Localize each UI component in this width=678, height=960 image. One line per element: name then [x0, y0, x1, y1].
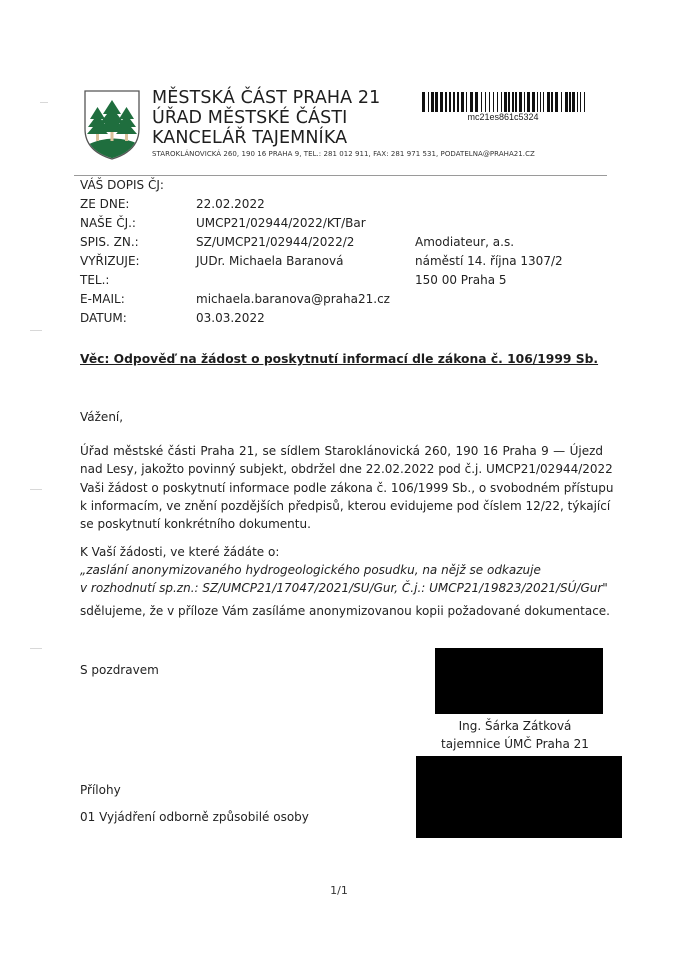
meta-value-email: michaela.baranova@praha21.cz	[196, 292, 390, 306]
office-name: ÚŘAD MĚSTSKÉ ČÁSTI	[152, 108, 347, 129]
organization-address: STAROKLÁNOVICKÁ 260, 190 16 PRAHA 9, TEL…	[152, 150, 535, 158]
recipient-city: 150 00 Praha 5	[415, 273, 507, 287]
closing: S pozdravem	[80, 663, 159, 677]
meta-label-handled-by: VYŘIZUJE:	[80, 254, 140, 268]
redacted-signature	[435, 648, 603, 714]
meta-value-our-ref: UMCP21/02944/2022/KT/Bar	[196, 216, 366, 230]
body-line: k informacím, ve znění pozdějších předpi…	[80, 497, 603, 515]
meta-label-your-ref: VÁŠ DOPIS ČJ:	[80, 178, 164, 192]
body-line: Úřad městské části Praha 21, se sídlem S…	[80, 442, 603, 460]
signatory-title: tajemnice ÚMČ Praha 21	[400, 737, 630, 751]
request-quote-line: v rozhodnutí sp.zn.: SZ/UMCP21/17047/202…	[80, 581, 608, 595]
organization-name: MĚSTSKÁ ČÁST PRAHA 21	[152, 88, 380, 109]
scan-mark	[30, 648, 42, 649]
meta-label-email: E-MAIL:	[80, 292, 125, 306]
body-paragraph: Úřad městské části Praha 21, se sídlem S…	[80, 442, 603, 533]
recipient-company: Amodiateur, a.s.	[415, 235, 514, 249]
meta-label-date: DATUM:	[80, 311, 127, 325]
meta-label-file-ref: SPIS. ZN.:	[80, 235, 139, 249]
meta-label-phone: TEL.:	[80, 273, 109, 287]
request-intro: K Vaší žádosti, ve které žádáte o:	[80, 545, 279, 559]
body-line: se poskytnutí konkrétního dokumentu.	[80, 515, 603, 533]
department-name: KANCELÁŘ TAJEMNÍKA	[152, 128, 347, 149]
attachments-title: Přílohy	[80, 783, 121, 797]
signatory-name: Ing. Šárka Zátková	[400, 719, 630, 733]
reply-text: sdělujeme, že v příloze Vám zasíláme ano…	[80, 604, 610, 618]
barcode-bar	[584, 92, 585, 112]
meta-value-handled-by: JUDr. Michaela Baranová	[196, 254, 343, 268]
body-line: Vaši žádost o poskytnutí informace podle…	[80, 479, 603, 497]
coat-of-arms-icon	[83, 89, 141, 161]
redacted-stamp	[416, 756, 622, 838]
body-line: nad Lesy, jakožto povinný subjekt, obdrž…	[80, 460, 603, 478]
scan-mark	[40, 102, 48, 103]
meta-value-date: 03.03.2022	[196, 311, 265, 325]
meta-value-date-of: 22.02.2022	[196, 197, 265, 211]
scan-mark	[30, 489, 42, 490]
attachment-item: 01 Vyjádření odborně způsobilé osoby	[80, 810, 309, 824]
barcode	[422, 92, 584, 112]
scan-mark	[30, 330, 42, 331]
page-number: 1/1	[300, 884, 378, 897]
barcode-number: mc21es861c5324	[422, 112, 584, 122]
letter-subject: Věc: Odpověď na žádost o poskytnutí info…	[80, 352, 598, 366]
recipient-street: náměstí 14. října 1307/2	[415, 254, 563, 268]
meta-value-file-ref: SZ/UMCP21/02944/2022/2	[196, 235, 354, 249]
meta-label-our-ref: NAŠE ČJ.:	[80, 216, 136, 230]
request-quote-line: „zaslání anonymizovaného hydrogeologické…	[80, 563, 541, 577]
meta-label-date-of: ZE DNE:	[80, 197, 129, 211]
salutation: Vážení,	[80, 410, 123, 424]
header-divider	[74, 175, 607, 176]
